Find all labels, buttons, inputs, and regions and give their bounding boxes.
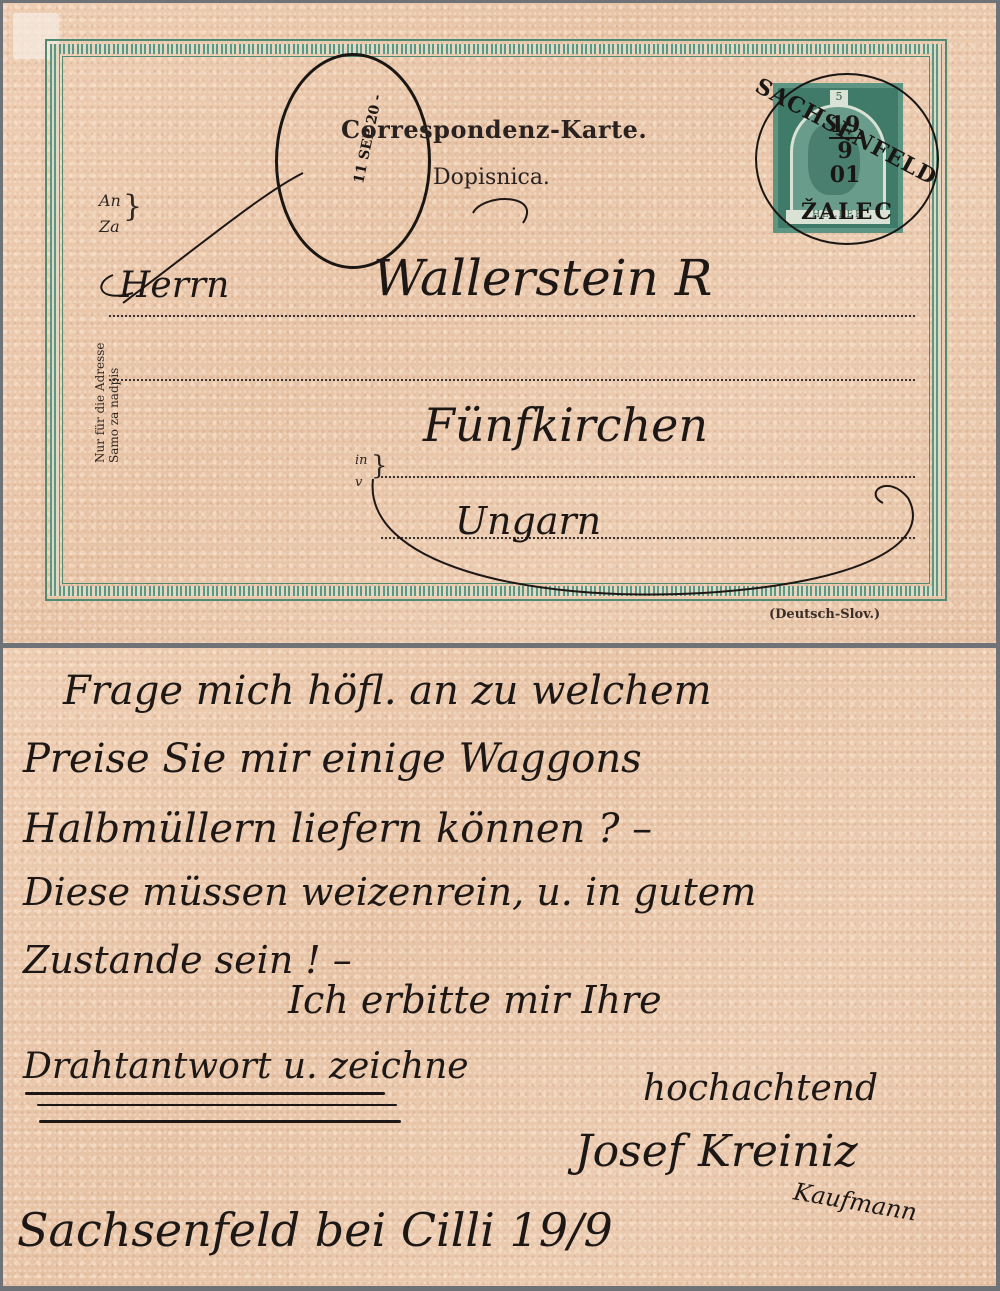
postcard-front: 11 SEP 20 - Correspondenz-Karte. Dopisni… (3, 3, 996, 643)
message-line-2: Preise Sie mir einige Waggons (23, 736, 642, 782)
hand-salutation: Herrn (119, 265, 229, 306)
place-date: Sachsenfeld bei Cilli 19/9 (17, 1203, 613, 1257)
cancel-year: 01 (825, 163, 865, 187)
card-title: Correspondenz-Karte. (341, 115, 647, 144)
label-za: Za (99, 217, 120, 236)
address-line-1 (109, 315, 915, 317)
underline-1 (25, 1092, 385, 1095)
label-an: An (99, 191, 121, 210)
closing: hochachtend (643, 1068, 878, 1109)
arrival-postmark (275, 53, 431, 269)
hand-country: Ungarn (455, 499, 601, 543)
message-line-7: Drahtantwort u. zeichne (23, 1046, 469, 1087)
signer-title: Kaufmann (792, 1177, 920, 1226)
message-line-4: Diese müssen weizenrein, u. in gutem (23, 870, 756, 914)
cancel-town-slovene: ŽALEC (801, 199, 894, 225)
postcard-back: Frage mich höfl. an zu welchem Preise Si… (3, 648, 996, 1286)
message-line-1: Frage mich höfl. an zu welchem (63, 668, 712, 714)
signature: Josef Kreiniz (575, 1126, 858, 1177)
label-v: v (355, 475, 362, 490)
hand-city: Fünfkirchen (423, 398, 708, 452)
message-line-6: Ich erbitte mir Ihre (288, 978, 662, 1022)
address-only-note: Nur für die Adresse Samo za nadpis (93, 342, 121, 463)
brace-to: } (123, 189, 142, 224)
address-line-3 (381, 476, 915, 478)
message-line-5: Zustande sein ! – (23, 938, 352, 982)
underline-3 (39, 1120, 401, 1123)
side-note-sl: Samo za nadpis (107, 342, 121, 463)
hand-recipient-name: Wallerstein R (373, 249, 712, 307)
printer-mark: (Deutsch-Slov.) (769, 607, 880, 622)
address-line-2 (109, 379, 915, 381)
underline-2 (37, 1104, 397, 1106)
message-line-3: Halbmüllern liefern können ? – (23, 806, 652, 852)
label-in: in (355, 453, 368, 468)
side-note-de: Nur für die Adresse (93, 342, 107, 463)
card-subtitle: Dopisnica. (433, 165, 550, 190)
